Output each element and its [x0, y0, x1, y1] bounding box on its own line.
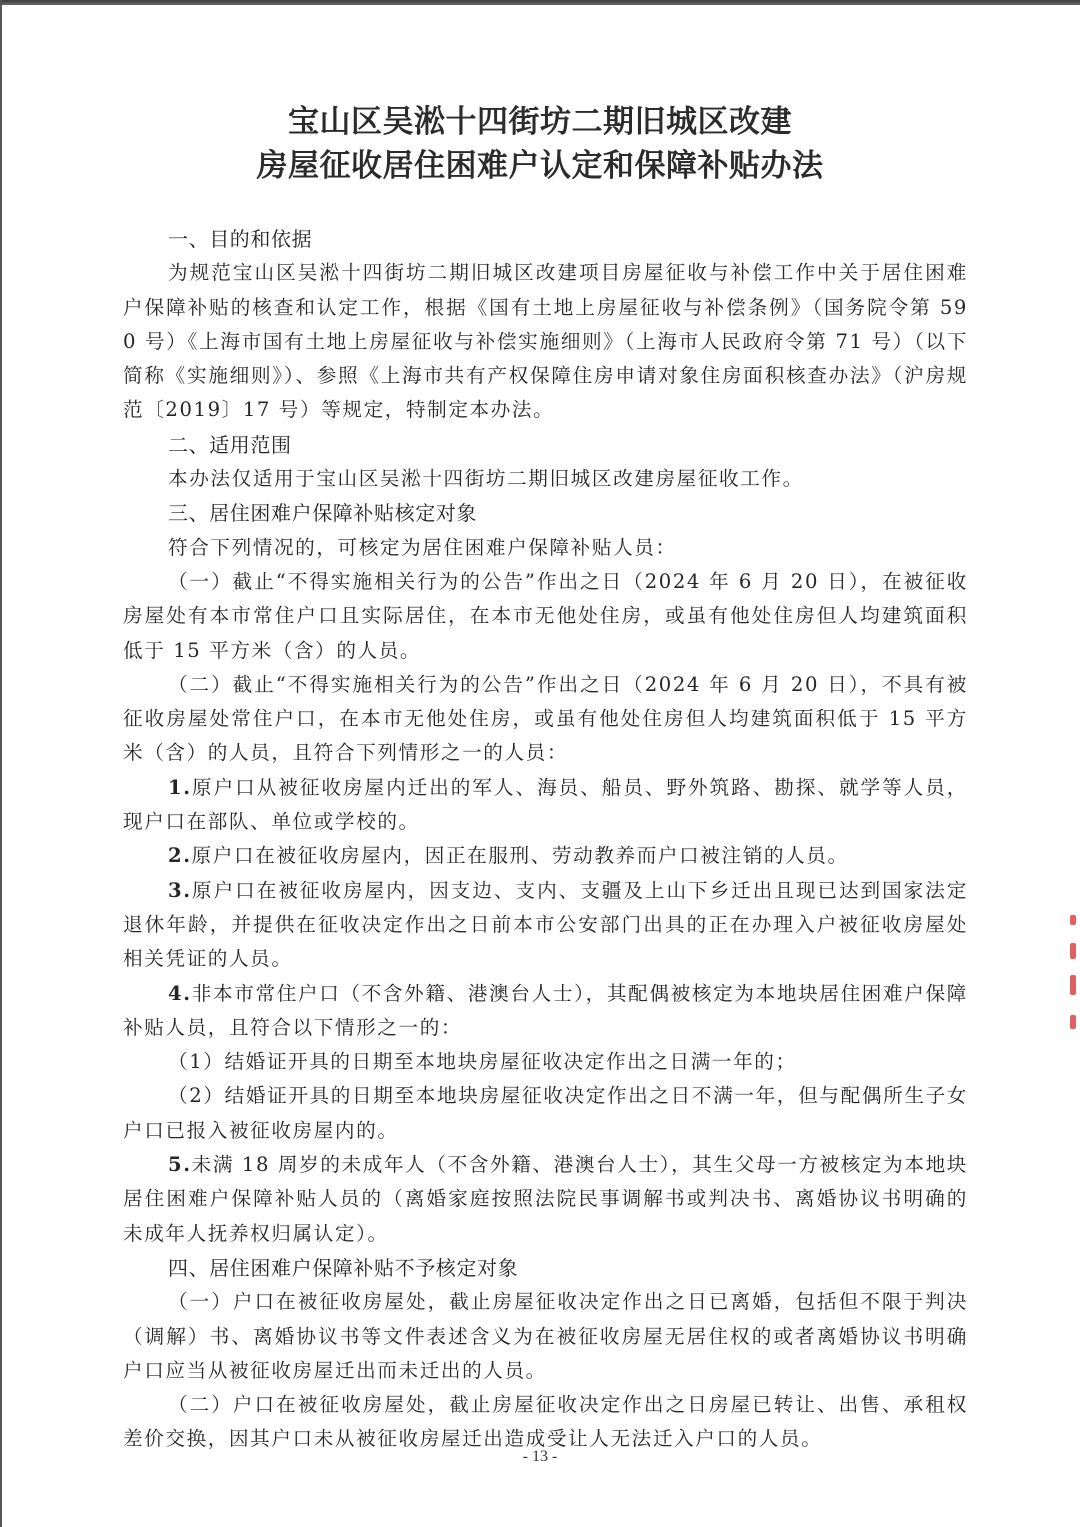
section-heading-scope: 二、适用范围	[123, 428, 968, 462]
section-heading-purpose: 一、目的和依据	[123, 222, 968, 256]
item-number: 1.	[168, 776, 192, 799]
numbered-item-4: 4.非本市常住户口（不含外籍、港澳台人士），其配偶被核定为本地块居住困难户保障补…	[123, 977, 968, 1046]
scan-edge-left	[0, 0, 2, 1527]
paragraph-purpose: 为规范宝山区吴淞十四街坊二期旧城区改建项目房屋征收与补偿工作中关于居住困难户保障…	[123, 256, 968, 427]
paragraph-excluded-1: （一）户口在被征收房屋处，截止房屋征收决定作出之日已离婚，包括但不限于判决（调解…	[123, 1285, 968, 1388]
item-number: 5.	[168, 1153, 192, 1176]
item-text: 原户口在被征收房屋内，因正在服刑、劳动教养而户口被注销的人员。	[192, 844, 849, 867]
numbered-item-1: 1.原户口从被征收房屋内迁出的军人、海员、船员、野外筑路、勘探、就学等人员，现户…	[123, 771, 968, 840]
numbered-item-5: 5.未满 18 周岁的未成年人（不含外籍、港澳台人士），其生父母一方被核定为本地…	[123, 1148, 968, 1251]
document-title-line-2: 房屋征收居住困难户认定和保障补贴办法	[0, 144, 1080, 188]
item-text: 未满 18 周岁的未成年人（不含外籍、港澳台人士），其生父母一方被核定为本地块居…	[123, 1153, 968, 1245]
item-number: 2.	[168, 844, 192, 867]
section-heading-excluded: 四、居住困难户保障补贴不予核定对象	[123, 1251, 968, 1285]
paragraph-eligible-intro: 符合下列情况的，可核定为居住困难户保障补贴人员：	[123, 531, 968, 565]
document-title-line-1: 宝山区吴淞十四街坊二期旧城区改建	[0, 100, 1080, 144]
red-seal-fragment	[1070, 915, 1080, 1055]
numbered-item-3: 3.原户口在被征收房屋内，因支边、支内、支疆及上山下乡迁出且现已达到国家法定退休…	[123, 874, 968, 977]
section-heading-eligible: 三、居住困难户保障补贴核定对象	[123, 496, 968, 530]
item-text: 原户口从被征收房屋内迁出的军人、海员、船员、野外筑路、勘探、就学等人员，现户口在…	[123, 776, 968, 833]
item-number: 4.	[168, 982, 192, 1005]
item-text: 非本市常住户口（不含外籍、港澳台人士），其配偶被核定为本地块居住困难户保障补贴人…	[123, 982, 968, 1039]
sub-item-1: （1）结婚证开具的日期至本地块房屋征收决定作出之日满一年的；	[123, 1045, 968, 1079]
page-number: - 13 -	[0, 1448, 1080, 1466]
paragraph-eligible-1: （一）截止“不得实施相关行为的公告”作出之日（2024 年 6 月 20 日），…	[123, 565, 968, 668]
item-text: 原户口在被征收房屋内，因支边、支内、支疆及上山下乡迁出且现已达到国家法定退休年龄…	[123, 879, 968, 971]
paragraph-scope: 本办法仅适用于宝山区吴淞十四街坊二期旧城区改建房屋征收工作。	[123, 462, 968, 496]
paragraph-excluded-2: （二）户口在被征收房屋处，截止房屋征收决定作出之日房屋已转让、出售、承租权差价交…	[123, 1388, 968, 1457]
sub-item-2: （2）结婚证开具的日期至本地块房屋征收决定作出之日不满一年，但与配偶所生子女户口…	[123, 1079, 968, 1148]
paragraph-eligible-2: （二）截止“不得实施相关行为的公告”作出之日（2024 年 6 月 20 日），…	[123, 668, 968, 771]
item-number: 3.	[168, 879, 192, 902]
document-body: 一、目的和依据 为规范宝山区吴淞十四街坊二期旧城区改建项目房屋征收与补偿工作中关…	[123, 222, 968, 1457]
scan-edge-top	[0, 0, 1080, 5]
numbered-item-2: 2.原户口在被征收房屋内，因正在服刑、劳动教养而户口被注销的人员。	[123, 839, 968, 873]
